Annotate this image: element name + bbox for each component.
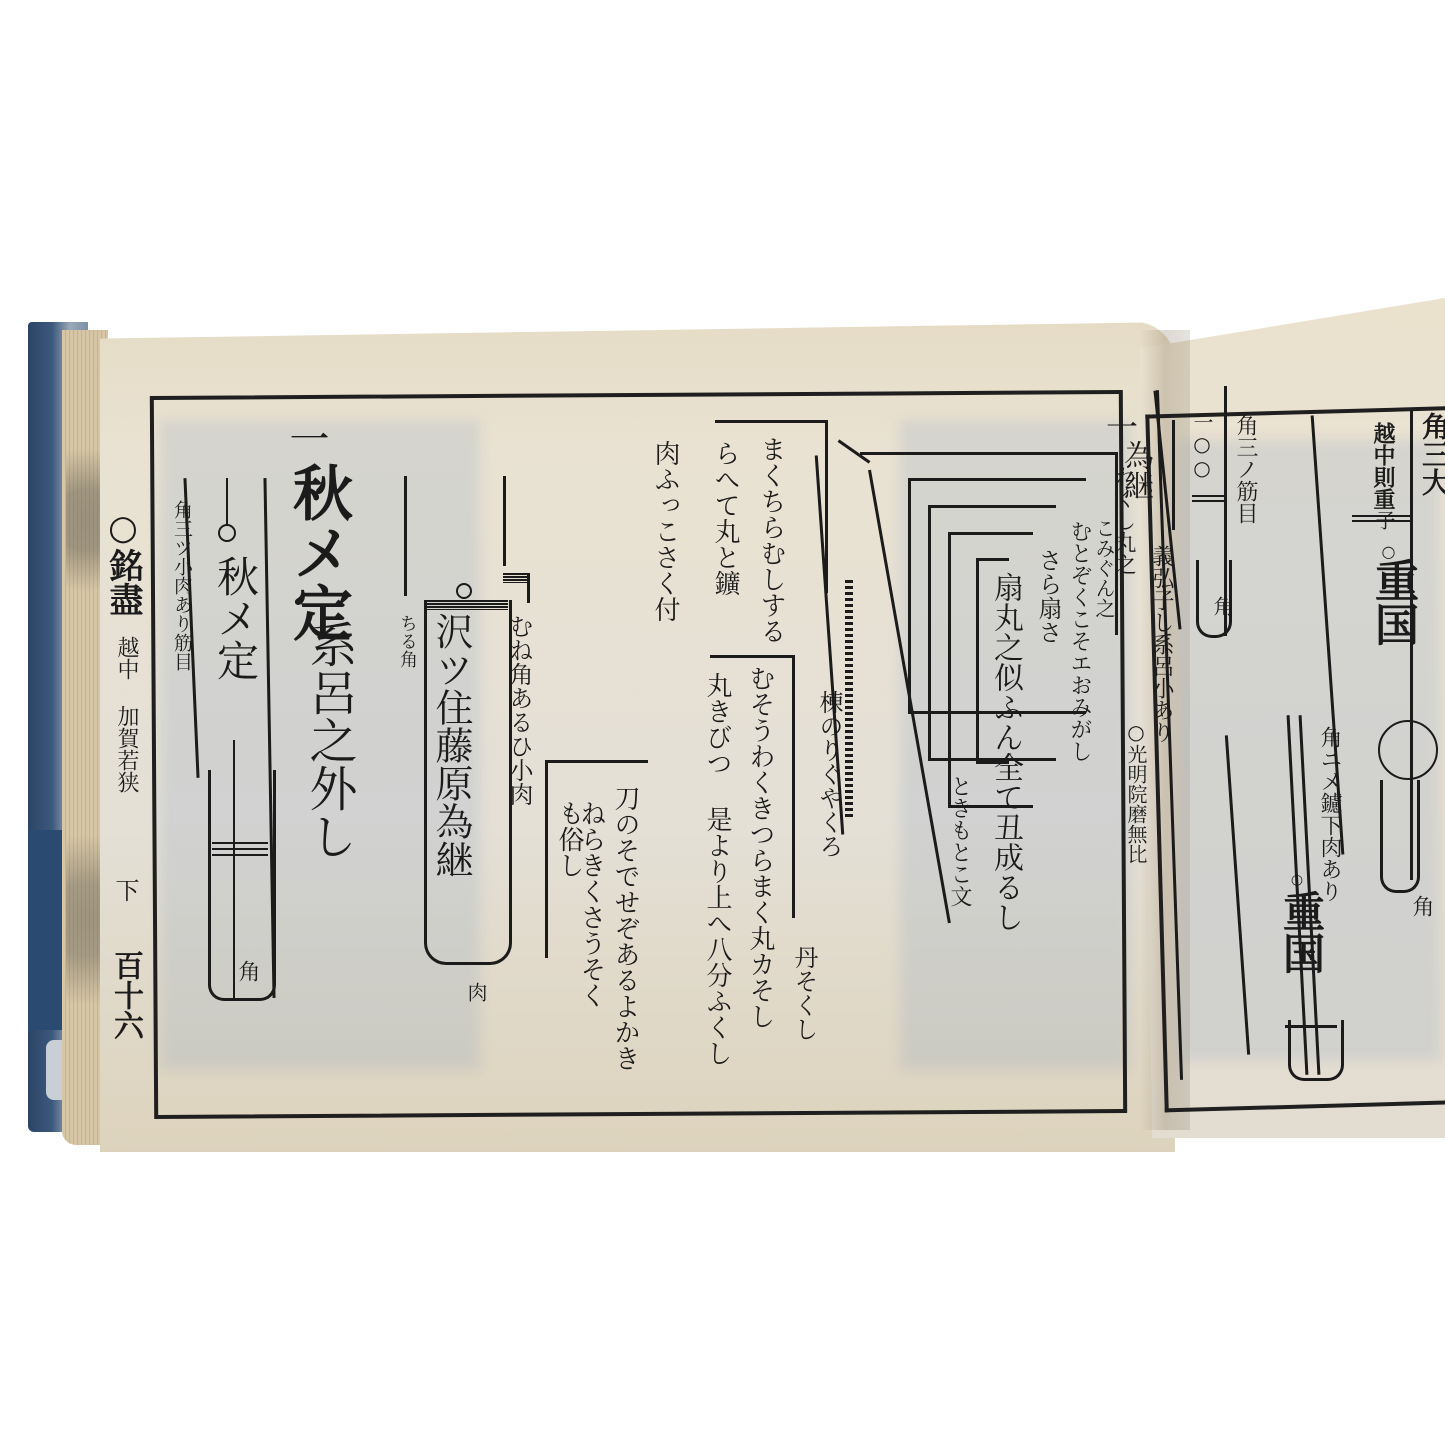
right-tang-3-mark: ○ bbox=[1290, 872, 1304, 888]
margin-volume: 下 bbox=[113, 878, 137, 902]
margin-page-number: 百十六 bbox=[110, 950, 140, 1040]
tang-1-note: 角三ツ小肉あり筋目 bbox=[172, 500, 191, 671]
tang-1-file-mark bbox=[212, 848, 268, 850]
right-cut-off-text: 角三大 bbox=[1420, 412, 1445, 496]
margin-subtitle: 越中 加賀若狭 bbox=[115, 636, 137, 793]
right-tang-2-tip bbox=[1380, 780, 1420, 893]
right-tang-3-signature: 重国 bbox=[1280, 890, 1322, 974]
tang-2-edge bbox=[503, 476, 506, 566]
commentary-col-7: らへて丸と鑛 bbox=[712, 440, 738, 596]
tang-1-hole-line bbox=[226, 478, 228, 526]
tang-2-tip: 肉 bbox=[466, 982, 486, 1002]
margin-mark: ○ bbox=[103, 508, 143, 548]
margin-title: ○銘盡 bbox=[106, 508, 140, 616]
tang-2-habaki-lines bbox=[424, 600, 508, 610]
entry-3-heading-mark: 一 bbox=[1104, 410, 1136, 442]
book-photo: ○銘盡 越中 加賀若狭 下 百十六 一 秋メ定 系呂之外し 秋メ定 角三ツ小肉あ… bbox=[0, 0, 1445, 1445]
commentary-col-5: むそうわくきつらまく丸カそし bbox=[747, 665, 773, 1029]
blade-note-c: むとぞくこそエおみがし bbox=[1068, 520, 1090, 762]
commentary-col-8: 肉ふっこさく付 bbox=[652, 440, 678, 622]
cover-indigo-patch bbox=[28, 830, 62, 1030]
tang-2-note-right: むね角あるひ小肉 bbox=[507, 614, 531, 806]
entry-3-heading: 為継 bbox=[1120, 440, 1150, 500]
right-tang-1-file-mark bbox=[1192, 500, 1226, 502]
right-tang-2-signature-top: 越中則重 bbox=[1372, 422, 1394, 510]
blade-horimono bbox=[845, 580, 853, 820]
right-tang-2-tip-label: 角 bbox=[1410, 895, 1432, 917]
blade-note-f: ときもとこ文 bbox=[948, 775, 970, 907]
entry-3-note-2: ○光明院磨無比 bbox=[1126, 720, 1146, 864]
commentary-col-6: まくちらむしする bbox=[758, 436, 784, 644]
tang-2-mune-edge bbox=[527, 573, 530, 603]
tang-2-note-left: ちる角 bbox=[398, 614, 416, 668]
tang-2-signature: 沢ツ住藤原為継 bbox=[432, 612, 470, 878]
tang-1-tip: 角 bbox=[236, 960, 258, 982]
tang-1-file-mark bbox=[212, 842, 268, 844]
right-tang-3-note: 角ニメ鑢下肉あり bbox=[1318, 726, 1340, 902]
right-tang-2-hole bbox=[1378, 720, 1438, 780]
tang-2-mune-lines bbox=[503, 573, 529, 583]
tang-1-file-mark bbox=[212, 854, 268, 856]
blade-note-e: 扇丸之似ふん全て丑成るし bbox=[990, 572, 1020, 932]
right-frame-tick bbox=[1172, 420, 1175, 530]
tang-1-hole bbox=[218, 524, 236, 542]
right-tang-1-marks: 一○○ bbox=[1192, 412, 1212, 480]
right-tang-1-file-mark bbox=[1192, 495, 1226, 497]
blade-note-b: こみぐん之 bbox=[1094, 518, 1114, 618]
entry-1-heading-mark: 一 bbox=[286, 418, 326, 458]
commentary-col-3: も俗し bbox=[556, 800, 582, 878]
tang-2-hole bbox=[456, 583, 472, 599]
right-tang-2-signature: 重国 bbox=[1370, 558, 1414, 646]
commentary-col-4: 丸きびつ 是より上へ八分ふくし bbox=[704, 672, 730, 1066]
tang-2-edge bbox=[404, 476, 407, 596]
entry-1-heading: 秋メ定 bbox=[288, 462, 348, 642]
commentary-col-10: 丹そくし bbox=[792, 945, 816, 1041]
right-tang-3-file-mark bbox=[1285, 1025, 1337, 1028]
tang-1-signature: 秋メ定 bbox=[214, 555, 256, 681]
right-tang-1-note: 角三ノ筋目 bbox=[1234, 414, 1256, 524]
entry-1-heading-note: 系呂之外し bbox=[305, 620, 353, 860]
right-tang-2-signature-sub: 子 bbox=[1374, 510, 1394, 530]
margin-title-text: 銘盡 bbox=[103, 548, 143, 616]
commentary-col-1: 刀のそでせぞあるよかき bbox=[612, 785, 638, 1071]
right-tang-3-tip bbox=[1288, 1020, 1344, 1081]
blade-note-d: さら扇さ bbox=[1036, 548, 1060, 644]
right-tang-1-tip-label: 角 bbox=[1212, 596, 1232, 616]
